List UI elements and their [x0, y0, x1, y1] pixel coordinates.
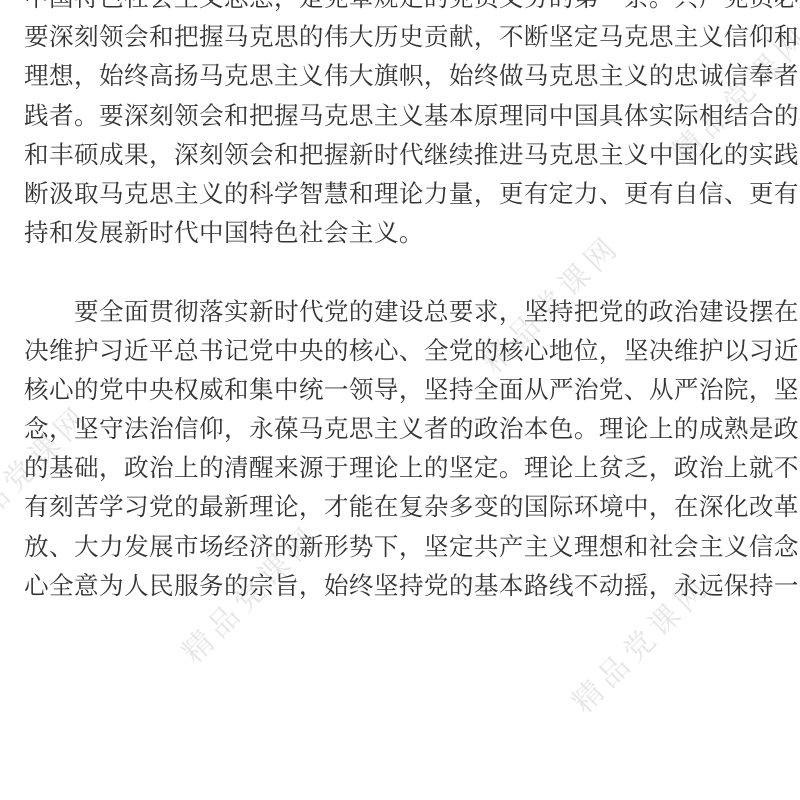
text-line: 理想，始终高扬马克思主义伟大旗帜，始终做马克思主义的忠诚信奉者、坚定实: [24, 56, 776, 95]
text-line: 要深刻领会和把握马克思的伟大历史贡献，不断坚定马克思主义信仰和共产主义: [24, 17, 776, 56]
text-line: 要全面贯彻落实新时代党的建设总要求，坚持把党的政治建设摆在首位，坚: [24, 292, 776, 331]
text-line: 中国特色社会主义思想，是党章规定的党员义务的第一条。共产党员必须懂得：: [24, 0, 776, 17]
text-line: 放、大力发展市场经济的新形势下，坚定共产主义理想和社会主义信念，牢记全: [24, 527, 776, 566]
paragraph-2: 要全面贯彻落实新时代党的建设总要求，坚持把党的政治建设摆在首位，坚 决维护习近平…: [24, 292, 776, 606]
text-line: 念，坚守法治信仰，永葆马克思主义者的政治本色。理论上的成熟是政治上成熟: [24, 409, 776, 448]
text-line: 和丰硕成果，深刻领会和把握新时代继续推进马克思主义中国化的实践要求，不: [24, 135, 776, 174]
text-line: 决维护习近平总书记党中央的核心、全党的核心地位，坚决维护以习近平同志为: [24, 331, 776, 370]
text-line: 有刻苦学习党的最新理论，才能在复杂多变的国际环境中，在深化改革、扩大开: [24, 487, 776, 526]
text-line: 断汲取马克思主义的科学智慧和理论力量，更有定力、更有自信、更有智慧地坚: [24, 174, 776, 213]
document-body: 中国特色社会主义思想，是党章规定的党员义务的第一条。共产党员必须懂得： 要深刻领…: [24, 0, 776, 605]
paragraph-1: 中国特色社会主义思想，是党章规定的党员义务的第一条。共产党员必须懂得： 要深刻领…: [24, 0, 776, 252]
document-page: 精品党课网 精品党课网 精品党课网 精品党课网 精品党课网 中国特色社会主义思想…: [0, 0, 800, 800]
text-line: 核心的党中央权威和集中统一领导，坚持全面从严治党、从严治院，坚定理想信: [24, 370, 776, 409]
text-line: 的基础，政治上的清醒来源于理论上的坚定。理论上贫乏，政治上就不清醒。只: [24, 448, 776, 487]
text-line: 心全意为人民服务的宗旨，始终坚持党的基本路线不动摇，永远保持一个共产党: [24, 566, 776, 605]
text-line: 践者。要深刻领会和把握马克思主义基本原理同中国具体实际相结合的壮阔历程: [24, 96, 776, 135]
text-line: 持和发展新时代中国特色社会主义。: [24, 213, 776, 252]
